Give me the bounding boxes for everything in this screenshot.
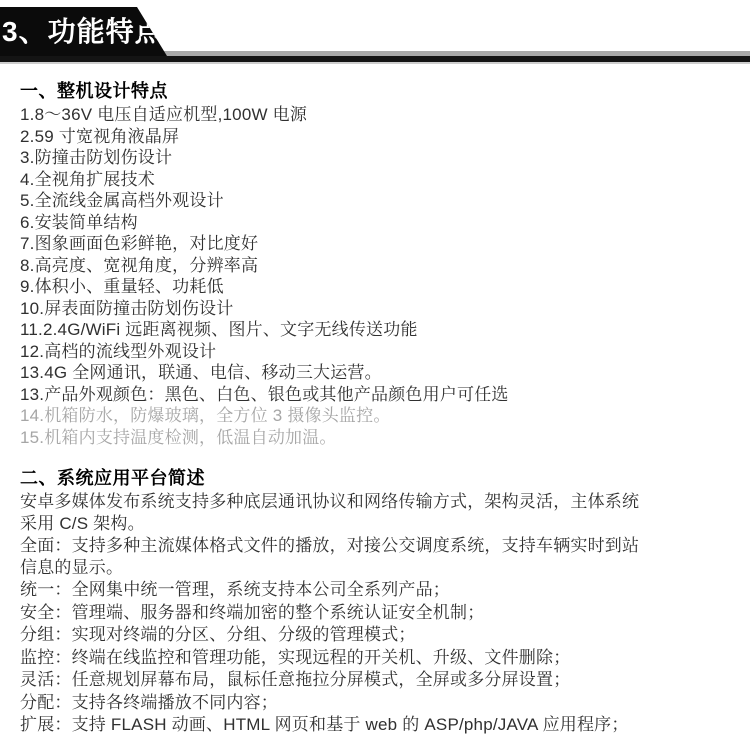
feature-item: 13.4G 全网通讯，联通、电信、移动三大运营。: [20, 362, 730, 384]
feature-item: 11.2.4G/WiFi 远距离视频、图片、文字无线传送功能: [20, 319, 730, 341]
feature-item: 10.屏表面防撞击防划伤设计: [20, 298, 730, 320]
paragraph: 分组：实现对终端的分区、分组、分级的管理模式；: [20, 624, 648, 646]
section-platform-overview: 二、系统应用平台简述 安卓多媒体发布系统支持多种底层通讯协议和网络传输方式，架构…: [20, 467, 730, 736]
paragraph: 灵活：任意规划屏幕布局，鼠标任意拖拉分屏模式，全屏或多分屏设置；: [20, 669, 648, 691]
paragraph: 安全：管理端、服务器和终端加密的整个系统认证安全机制；: [20, 602, 648, 624]
feature-item: 12.高档的流线型外观设计: [20, 341, 730, 363]
feature-item: 2.59 寸宽视角液晶屏: [20, 126, 730, 148]
feature-item-muted: 14.机箱防水，防爆玻璃，全方位 3 摄像头监控。: [20, 405, 730, 427]
feature-item: 6.安装简单结构: [20, 212, 730, 234]
paragraph: 全面：支持多种主流媒体格式文件的播放，对接公交调度系统，支持车辆实时到站信息的显…: [20, 535, 648, 578]
paragraph: 分配：支持各终端播放不同内容；: [20, 692, 648, 714]
section-banner: 3、功能特点: [0, 7, 172, 56]
paragraph-list: 安卓多媒体发布系统支持多种底层通讯协议和网络传输方式，架构灵活，主体系统采用 C…: [20, 491, 648, 736]
header-rule-shadow: [0, 62, 750, 64]
paragraph: 监控：终端在线监控和管理功能，实现远程的开关机、升级、文件删除；: [20, 647, 648, 669]
section1-heading: 一、整机设计特点: [20, 80, 730, 102]
paragraph: 安卓多媒体发布系统支持多种底层通讯协议和网络传输方式，架构灵活，主体系统采用 C…: [20, 491, 648, 534]
feature-item: 5.全流线金属高档外观设计: [20, 190, 730, 212]
header-rule: [0, 56, 750, 62]
feature-item: 7.图象画面色彩鲜艳，对比度好: [20, 233, 730, 255]
section2-heading: 二、系统应用平台简述: [20, 467, 730, 489]
page-title: 3、功能特点: [0, 7, 172, 56]
feature-item: 1.8～36V 电压自适应机型,100W 电源: [20, 104, 730, 126]
paragraph: 扩展：支持 FLASH 动画、HTML 网页和基于 web 的 ASP/php/…: [20, 714, 648, 736]
feature-item: 13.产品外观颜色：黑色、白色、银色或其他产品颜色用户可任选: [20, 384, 730, 406]
feature-item: 9.体积小、重量轻、功耗低: [20, 276, 730, 298]
content-area: 一、整机设计特点 1.8～36V 电压自适应机型,100W 电源 2.59 寸宽…: [20, 80, 730, 737]
feature-list: 1.8～36V 电压自适应机型,100W 电源 2.59 寸宽视角液晶屏 3.防…: [20, 104, 730, 448]
feature-item: 4.全视角扩展技术: [20, 169, 730, 191]
paragraph: 统一：全网集中统一管理，系统支持本公司全系列产品；: [20, 579, 648, 601]
feature-item-muted: 15.机箱内支持温度检测，低温自动加温。: [20, 427, 730, 449]
feature-item: 3.防撞击防划伤设计: [20, 147, 730, 169]
section-design-features: 一、整机设计特点 1.8～36V 电压自适应机型,100W 电源 2.59 寸宽…: [20, 80, 730, 448]
feature-item: 8.高亮度、宽视角度，分辨率高: [20, 255, 730, 277]
